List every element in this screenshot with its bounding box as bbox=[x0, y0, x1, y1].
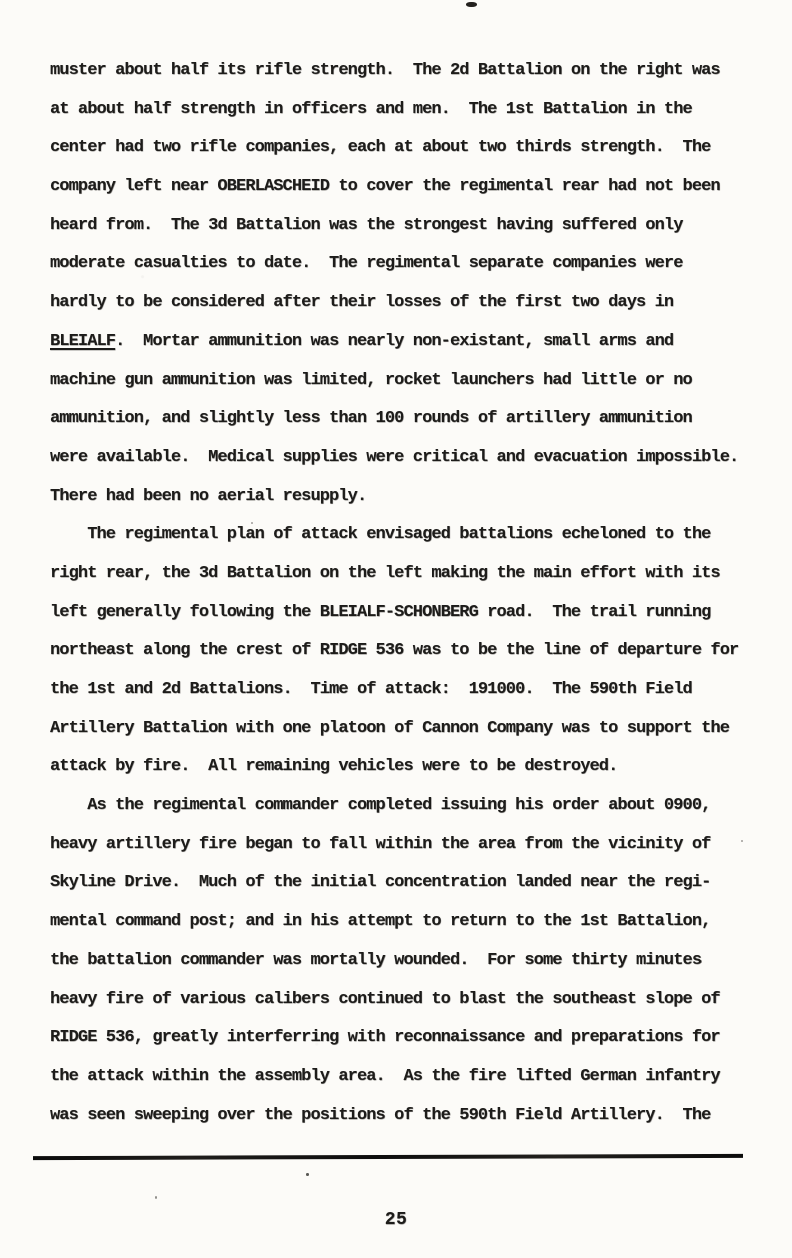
text-line: was seen sweeping over the positions of … bbox=[50, 1097, 762, 1136]
text-line: Skyline Drive. Much of the initial conce… bbox=[50, 864, 762, 903]
underlined-place-name: BLEIALF bbox=[50, 332, 115, 351]
text-line: the battalion commander was mortally wou… bbox=[50, 942, 762, 981]
text-line: BLEIALF. Mortar ammunition was nearly no… bbox=[50, 323, 762, 362]
text-line: There had been no aerial resupply. bbox=[50, 478, 762, 517]
text-line: moderate casualties to date. The regimen… bbox=[50, 245, 762, 284]
text-line: at about half strength in officers and m… bbox=[50, 91, 762, 130]
text-line: Artillery Battalion with one platoon of … bbox=[50, 710, 762, 749]
text-line: ammunition, and slightly less than 100 r… bbox=[50, 400, 762, 439]
scan-artifact bbox=[466, 2, 477, 7]
scan-artifact bbox=[306, 1173, 309, 1176]
text-line: left generally following the BLEIALF-SCH… bbox=[50, 594, 762, 633]
text-line: machine gun ammunition was limited, rock… bbox=[50, 362, 762, 401]
text-line: were available. Medical supplies were cr… bbox=[50, 439, 762, 478]
document-body: muster about half its rifle strength. Th… bbox=[50, 52, 762, 1135]
scanned-document-page: muster about half its rifle strength. Th… bbox=[0, 0, 792, 1258]
text-line: heavy artillery fire began to fall withi… bbox=[50, 826, 762, 865]
text-line: right rear, the 3d Battalion on the left… bbox=[50, 555, 762, 594]
text-line: heard from. The 3d Battalion was the str… bbox=[50, 207, 762, 246]
text-line-rest: . Mortar ammunition was nearly non-exist… bbox=[115, 332, 673, 351]
text-line: company left near OBERLASCHEID to cover … bbox=[50, 168, 762, 207]
text-line: The regimental plan of attack envisaged … bbox=[50, 516, 762, 555]
text-line: mental command post; and in his attempt … bbox=[50, 903, 762, 942]
text-line: northeast along the crest of RIDGE 536 w… bbox=[50, 632, 762, 671]
footer-rule bbox=[33, 1154, 743, 1160]
text-line: heavy fire of various calibers continued… bbox=[50, 981, 762, 1020]
text-line: attack by fire. All remaining vehicles w… bbox=[50, 748, 762, 787]
text-line: RIDGE 536, greatly interferring with rec… bbox=[50, 1019, 762, 1058]
text-line: muster about half its rifle strength. Th… bbox=[50, 52, 762, 91]
text-line: the 1st and 2d Battalions. Time of attac… bbox=[50, 671, 762, 710]
text-line: center had two rifle companies, each at … bbox=[50, 129, 762, 168]
scan-artifact bbox=[155, 1196, 157, 1199]
page-number: 25 bbox=[0, 1210, 792, 1230]
text-line: As the regimental commander completed is… bbox=[50, 787, 762, 826]
text-line: hardly to be considered after their loss… bbox=[50, 284, 762, 323]
text-line: the attack within the assembly area. As … bbox=[50, 1058, 762, 1097]
